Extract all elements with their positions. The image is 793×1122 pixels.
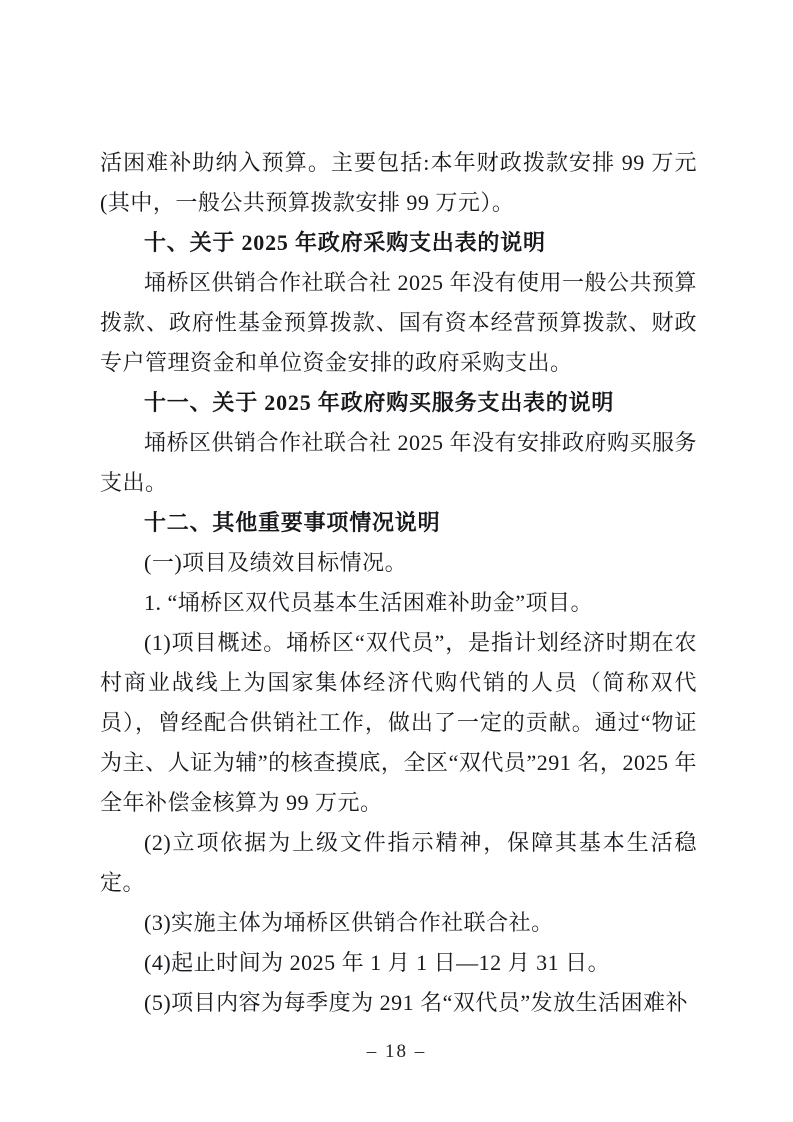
paragraph: (1)项目概述。埇桥区“双代员”，是指计划经济时期在农村商业战线上为国家集体经济… bbox=[100, 623, 697, 823]
section-heading-twelve: 十二、其他重要事项情况说明 bbox=[100, 503, 697, 543]
paragraph: (2)立项依据为上级文件指示精神，保障其基本生活稳定。 bbox=[100, 823, 697, 903]
paragraph: (3)实施主体为埇桥区供销合作社联合社。 bbox=[100, 903, 697, 943]
paragraph: 埇桥区供销合作社联合社 2025 年没有安排政府购买服务支出。 bbox=[100, 423, 697, 503]
paragraph-continuation: 活困难补助纳入预算。主要包括:本年财政拨款安排 99 万元(其中，一般公共预算拨… bbox=[100, 143, 697, 223]
paragraph: 1. “埇桥区双代员基本生活困难补助金”项目。 bbox=[100, 583, 697, 623]
document-body: 活困难补助纳入预算。主要包括:本年财政拨款安排 99 万元(其中，一般公共预算拨… bbox=[100, 143, 697, 1023]
paragraph: (4)起止时间为 2025 年 1 月 1 日—12 月 31 日。 bbox=[100, 943, 697, 983]
section-heading-eleven: 十一、关于 2025 年政府购买服务支出表的说明 bbox=[100, 383, 697, 423]
section-heading-ten: 十、关于 2025 年政府采购支出表的说明 bbox=[100, 223, 697, 263]
paragraph: 埇桥区供销合作社联合社 2025 年没有使用一般公共预算拨款、政府性基金预算拨款… bbox=[100, 263, 697, 383]
paragraph-cutoff: (5)项目内容为每季度为 291 名“双代员”发放生活困难补 bbox=[100, 983, 697, 1023]
page-footer: – 18 – bbox=[0, 1038, 793, 1066]
document-page: 活困难补助纳入预算。主要包括:本年财政拨款安排 99 万元(其中，一般公共预算拨… bbox=[0, 0, 793, 1122]
page-number: – 18 – bbox=[367, 1041, 427, 1062]
paragraph: (一)项目及绩效目标情况。 bbox=[100, 543, 697, 583]
